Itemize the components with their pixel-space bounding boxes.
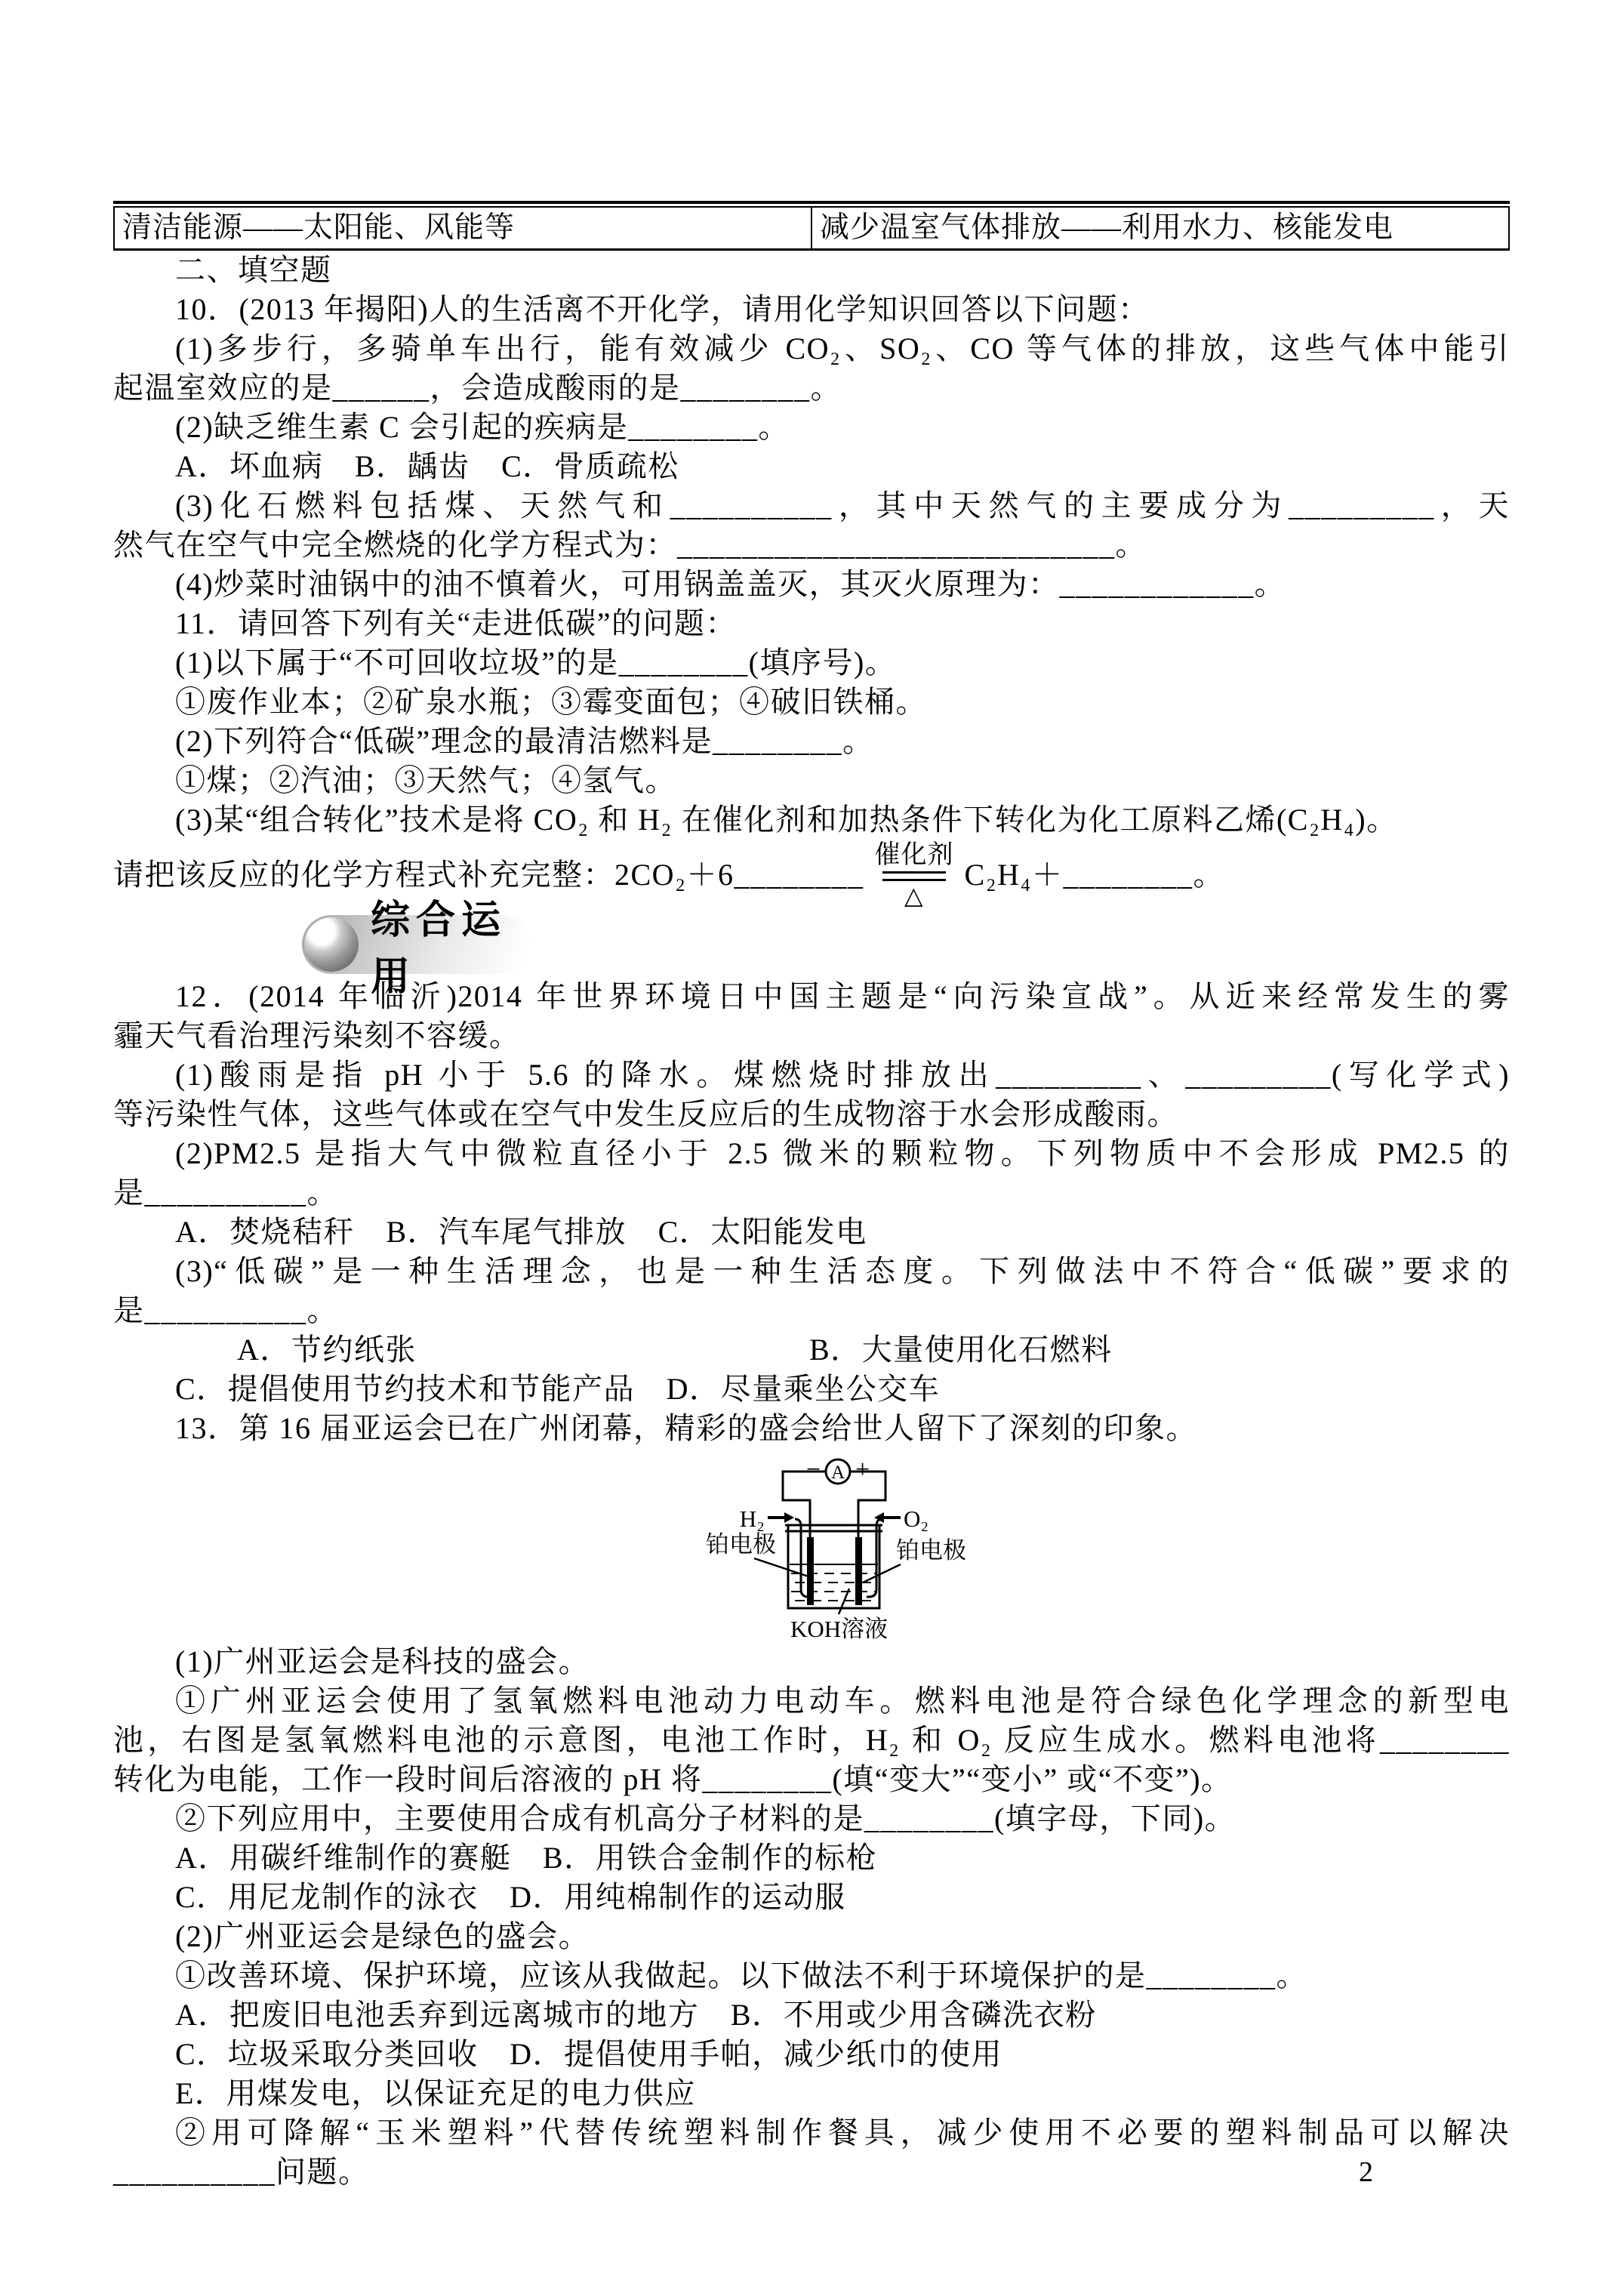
q11-intro: 11．请回答下列有关“走进低碳”的问题：	[113, 604, 1510, 643]
section-heading: 二、填空题	[113, 251, 1510, 290]
minus-terminal: −	[806, 1456, 821, 1484]
right-electrode-pointer	[863, 1564, 901, 1583]
left-electrode-label: 铂电极	[706, 1531, 776, 1558]
q13-part2-1: ①改善环境、保护环境，应该从我做起。以下做法不利于环境保护的是________。	[113, 1956, 1510, 1996]
q12-intro-line1: 12．(2014 年临沂)2014 年世界环境日中国主题是“向污染宣战”。从近来…	[113, 977, 1510, 1016]
q10-intro: 10．(2013 年揭阳)人的生活离不开化学，请用化学知识回答以下问题：	[113, 290, 1510, 329]
q11-part2-options: ①煤；②汽油；③天然气；④氢气。	[113, 761, 1510, 800]
table-row: 清洁能源——太阳能、风能等 减少温室气体排放——利用水力、核能发电	[114, 207, 1509, 250]
q12-part1-line1: (1)酸雨是指 pH 小于 5.6 的降水。煤燃烧时排放出_________、_…	[113, 1056, 1510, 1095]
q10-part2: (2)缺乏维生素 C 会引起的疾病是________。	[113, 408, 1510, 447]
q12-part2-line1: (2)PM2.5 是指大气中微粒直径小于 2.5 微米的颗粒物。下列物质中不会形…	[113, 1134, 1510, 1173]
q13-part1-1-line3: 转化为电能，工作一段时间后溶液的 pH 将________(填“变大”“变小” …	[113, 1760, 1510, 1799]
equation-suffix: C₂H₄＋________。	[965, 855, 1224, 895]
q13-part1-2-options-cd: C．用尼龙制作的泳衣 D．用纯棉制作的运动服	[113, 1878, 1510, 1917]
q11-equation-line: 请把该反应的化学方程式补充完整：2CO₂＋6________ 催化剂 △ C₂H…	[113, 840, 1510, 911]
badge-sphere-icon	[304, 917, 359, 972]
solution-label: KOH溶液	[790, 1616, 888, 1639]
equation-double-line	[882, 871, 946, 881]
table-cell-greenhouse: 减少温室气体排放——利用水力、核能发电	[811, 207, 1509, 250]
q12-part3-options-cd: C．提倡使用节约技术和节能产品 D．尽量乘坐公交车	[113, 1370, 1510, 1409]
table-cell-clean-energy: 清洁能源——太阳能、风能等	[114, 207, 811, 250]
q12-part1-line2: 等污染性气体，这些气体或在空气中发生反应后的生成物溶于水会形成酸雨。	[113, 1095, 1510, 1134]
q10-part2-options: A．坏血病 B．龋齿 C．骨质疏松	[113, 447, 1510, 486]
h2-label: H₂	[740, 1505, 765, 1532]
q12-part2-line2: 是__________。	[113, 1173, 1510, 1213]
h2-arrow-head	[784, 1512, 794, 1523]
heat-delta-symbol: △	[904, 883, 924, 909]
q10-part1-line1: (1)多步行，多骑单车出行，能有效减少 CO₂、SO₂、CO 等气体的排放，这些…	[113, 329, 1510, 368]
q11-part1-options: ①废作业本；②矿泉水瓶；③霉变面包；④破旧铁桶。	[113, 683, 1510, 722]
q13-part2: (2)广州亚运会是绿色的盛会。	[113, 1917, 1510, 1956]
q12-part3-line1: (3)“低碳”是一种生活理念，也是一种生活态度。下列做法中不符合“低碳”要求的	[113, 1252, 1510, 1291]
q12-option-a: A．节约纸张	[175, 1330, 809, 1370]
right-electrode-bar	[855, 1537, 862, 1605]
q12-intro-line2: 霾天气看治理污染刻不容缓。	[113, 1016, 1510, 1056]
plus-terminal: +	[855, 1456, 870, 1484]
page-number: 2	[1359, 2156, 1373, 2189]
q13-part1-1-line2: 池，右图是氢氧燃料电池的示意图，电池工作时，H₂ 和 O₂ 反应生成水。燃料电池…	[113, 1721, 1510, 1760]
q10-part3-line1: (3)化石燃料包括煤、天然气和__________，其中天然气的主要成分为___…	[113, 486, 1510, 525]
q10-part1-line2: 起温室效应的是______，会造成酸雨的是________。	[113, 368, 1510, 408]
catalyst-label: 催化剂	[875, 842, 954, 869]
reaction-condition: 催化剂 △	[875, 842, 954, 908]
o2-label: O₂	[904, 1505, 929, 1532]
beaker-rim	[785, 1525, 882, 1531]
q13-part2-1-options-ab: A．把废旧电池丢弃到远离城市的地方 B．不用或少用含磷洗衣粉	[113, 1996, 1510, 2035]
fuel-cell-diagram: A − + H₂ O₂	[706, 1453, 978, 1639]
section-badge: 综合运用	[302, 915, 530, 974]
q13-part1-1-line1: ①广州亚运会使用了氢氧燃料电池动力电动车。燃料电池是符合绿色化学理念的新型电	[113, 1681, 1510, 1721]
q13-part2-1-option-e: E．用煤发电，以保证充足的电力供应	[113, 2074, 1510, 2113]
q11-part3: (3)某“组合转化”技术是将 CO₂ 和 H₂ 在催化剂和加热条件下转化为化工原…	[113, 800, 1510, 840]
q12-part2-options: A．焚烧秸秆 B．汽车尾气排放 C．太阳能发电	[113, 1213, 1510, 1252]
q13-part1-2: ②下列应用中，主要使用合成有机高分子材料的是________(填字母，下同)。	[113, 1799, 1510, 1838]
q12-part3-line2: 是__________。	[113, 1291, 1510, 1330]
q12-option-b: B．大量使用化石燃料	[809, 1333, 1113, 1367]
q13-part2-2-line1: ②用可降解“玉米塑料”代替传统塑料制作餐具，减少使用不必要的塑料制品可以解决	[113, 2113, 1510, 2153]
right-electrode-label: 铂电极	[896, 1537, 966, 1564]
q13-intro: 13．第 16 届亚运会已在广州闭幕，精彩的盛会给世人留下了深刻的印象。	[113, 1409, 1510, 1448]
q10-part4: (4)炒菜时油锅中的油不慎着火，可用锅盖盖灭，其灭火原理为：__________…	[113, 565, 1510, 604]
q11-part2: (2)下列符合“低碳”理念的最清洁燃料是________。	[113, 722, 1510, 761]
ammeter-label: A	[831, 1462, 845, 1483]
q11-part1: (1)以下属于“不可回收垃圾”的是________(填序号)。	[113, 643, 1510, 683]
q12-part3-options-ab: A．节约纸张B．大量使用化石燃料	[113, 1330, 1510, 1370]
worksheet-page: 清洁能源——太阳能、风能等 减少温室气体排放——利用水力、核能发电 二、填空题 …	[0, 0, 1623, 2296]
q10-part3-line2: 然气在空气中完全燃烧的化学方程式为：______________________…	[113, 525, 1510, 565]
q13-part1: (1)广州亚运会是科技的盛会。	[113, 1642, 1510, 1681]
q13-part2-1-options-cd: C．垃圾采取分类回收 D．提倡使用手帕，减少纸巾的使用	[113, 2035, 1510, 2074]
summary-table: 清洁能源——太阳能、风能等 减少温室气体排放——利用水力、核能发电	[113, 201, 1510, 251]
q13-part1-2-options-ab: A．用碳纤维制作的赛艇 B．用铁合金制作的标枪	[113, 1838, 1510, 1878]
left-electrode-bar	[807, 1537, 814, 1605]
q13-part2-2-line2: __________问题。	[113, 2153, 1510, 2192]
